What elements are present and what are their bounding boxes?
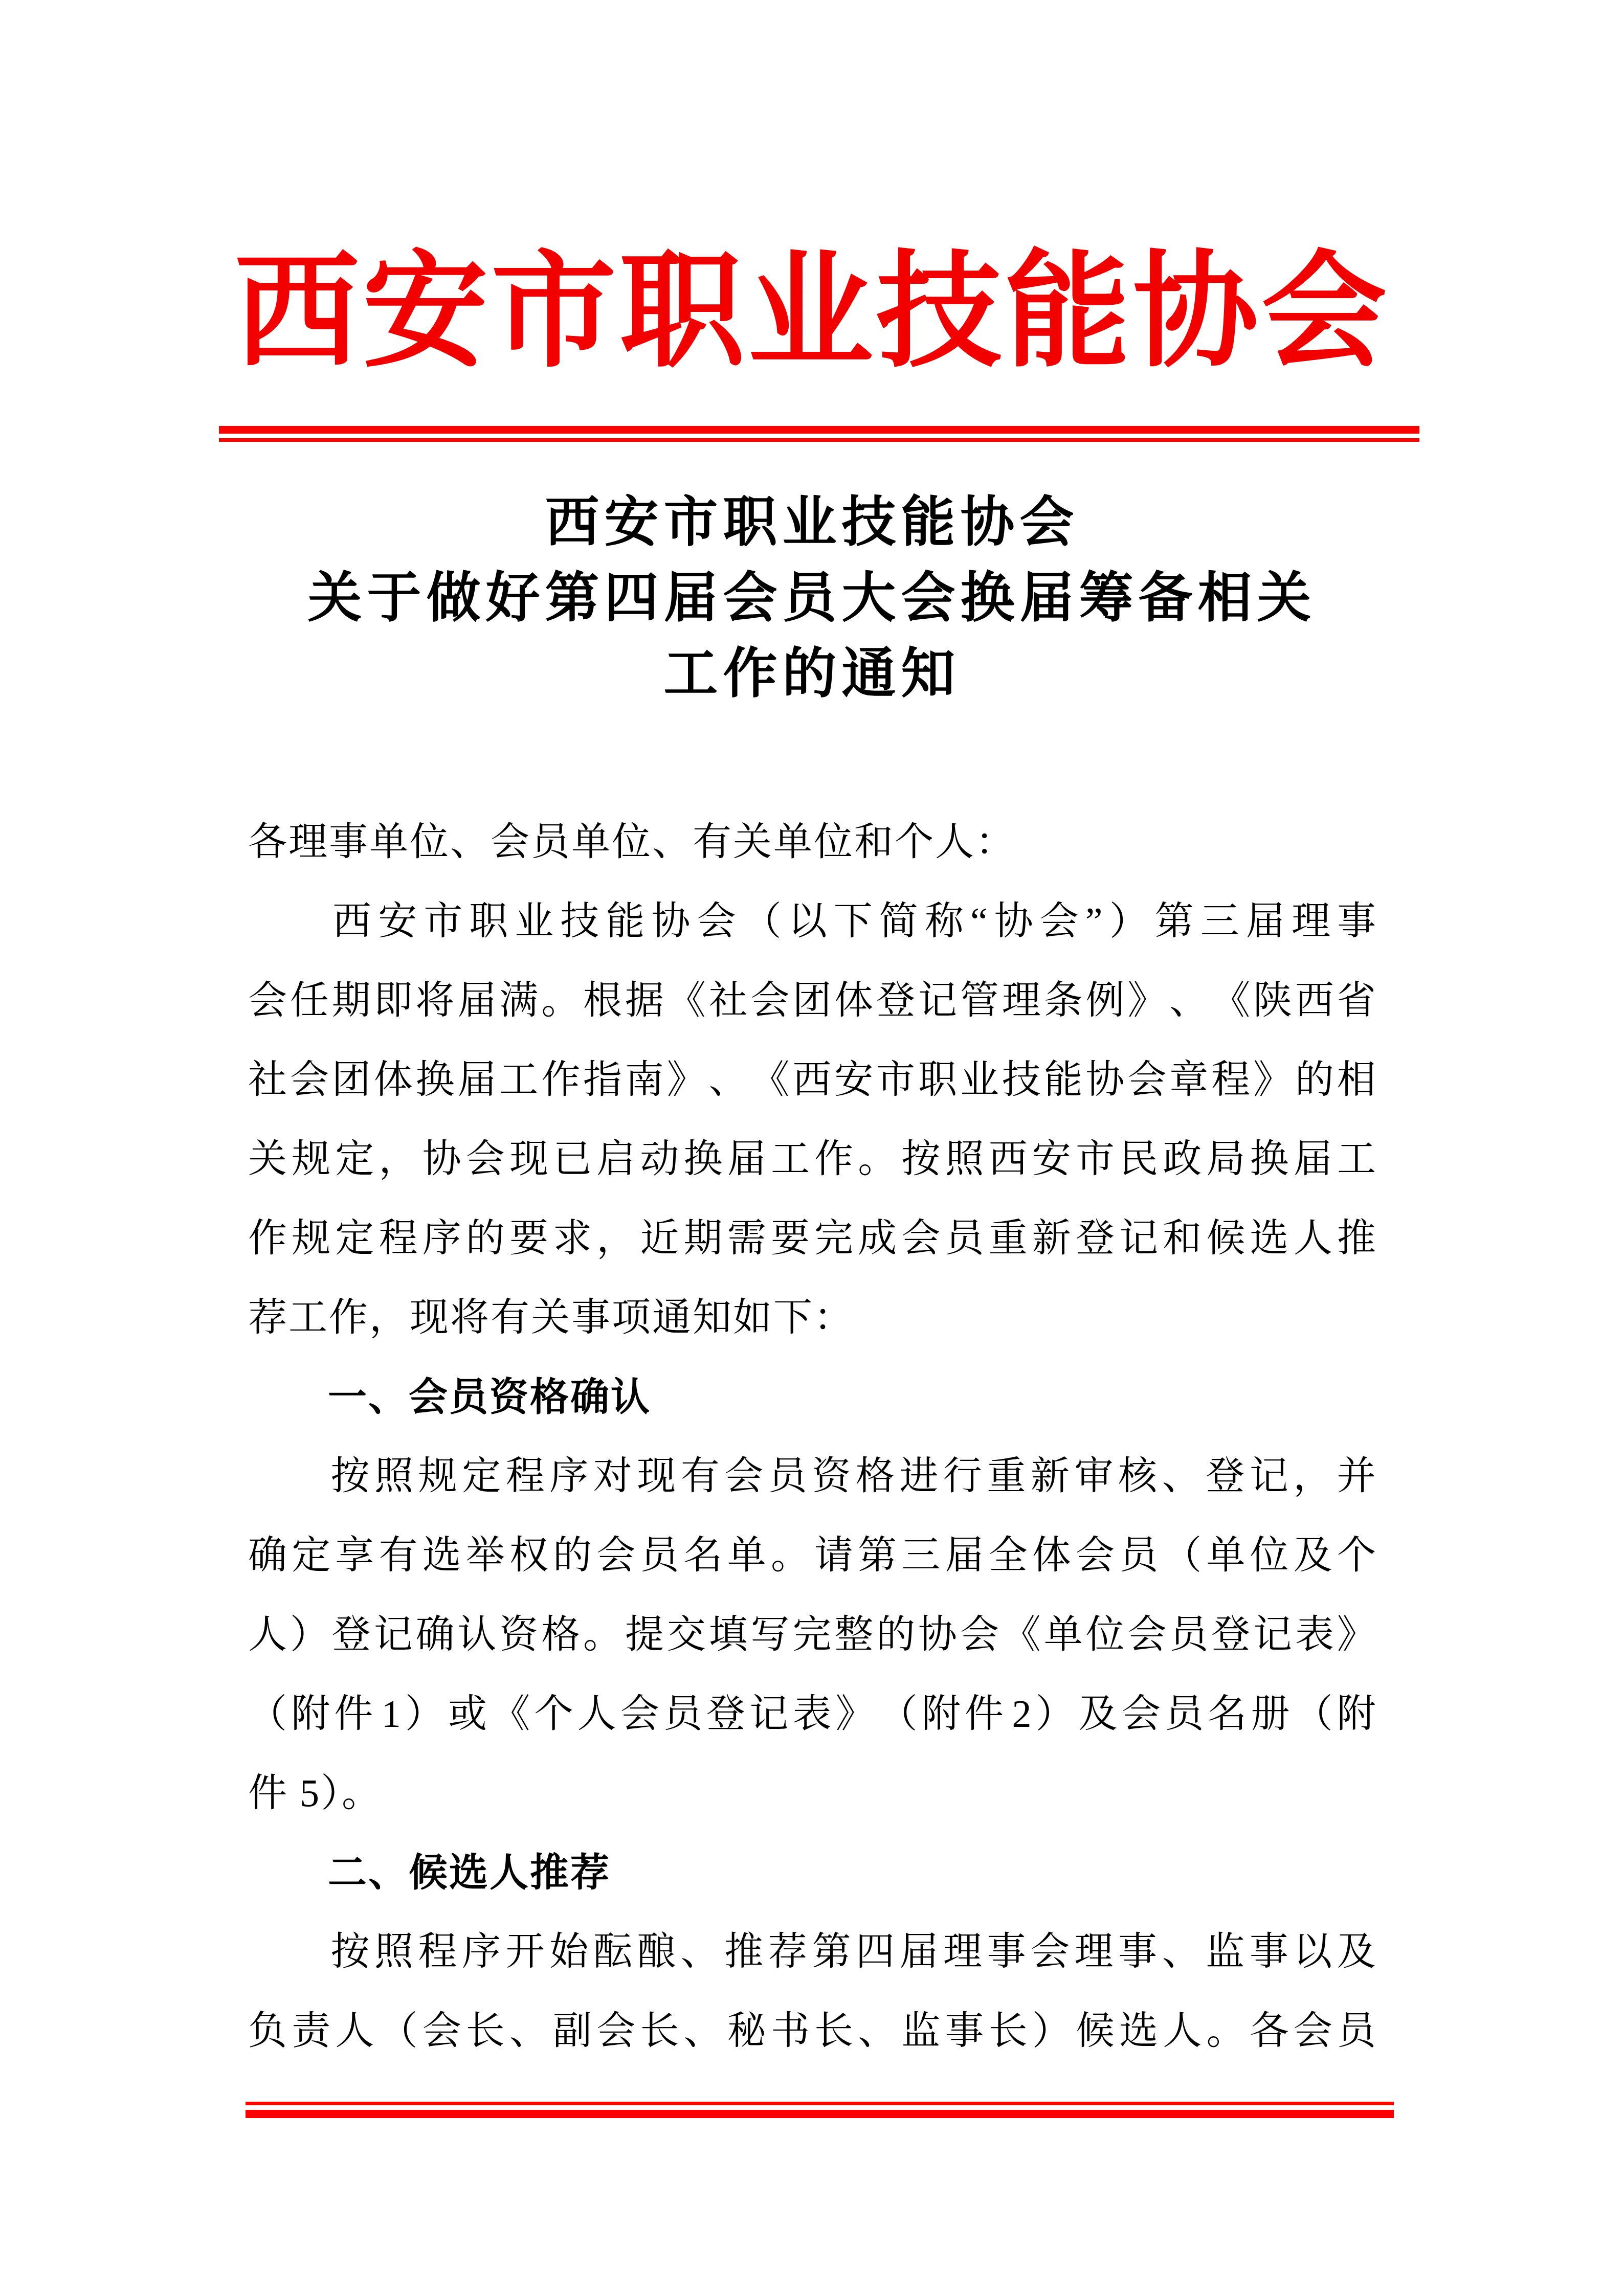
body-line: 人）登记确认资格。提交填写完整的协会《单位会员登记表》 — [248, 1595, 1376, 1675]
header-rule-thin — [219, 438, 1419, 442]
body-line: 关规定，协会现已启动换届工作。按照西安市民政局换届工 — [248, 1120, 1376, 1199]
section-heading: 二、候选人推荐 — [248, 1833, 1376, 1912]
body-line: 荐工作，现将有关事项通知如下： — [248, 1278, 1376, 1358]
footer-rule-thick — [246, 2110, 1394, 2118]
body-line: 作规定程序的要求，近期需要完成会员重新登记和候选人推 — [248, 1199, 1376, 1278]
body-line: 各理事单位、会员单位、有关单位和个人： — [248, 803, 1376, 882]
doc-title-line-3: 工作的通知 — [0, 636, 1624, 712]
doc-title-line-1: 西安市职业技能协会 — [0, 485, 1624, 560]
body-line: 负责人（会长、副会长、秘书长、监事长）候选人。各会员 — [248, 1992, 1376, 2071]
body-line: 确定享有选举权的会员名单。请第三届全体会员（单位及个 — [248, 1516, 1376, 1595]
body-line: 西安市职业技能协会（以下简称“协会”）第三届理事 — [248, 882, 1376, 961]
body-lines: 各理事单位、会员单位、有关单位和个人：西安市职业技能协会（以下简称“协会”）第三… — [248, 803, 1376, 2071]
body-line: （附件 1）或《个人会员登记表》（附件 2）及会员名册（附 — [248, 1675, 1376, 1754]
body-line: 按照程序开始酝酿、推荐第四届理事会理事、监事以及 — [248, 1912, 1376, 1992]
body-line: 社会团体换届工作指南》、《西安市职业技能协会章程》的相 — [248, 1041, 1376, 1120]
body-line: 按照规定程序对现有会员资格进行重新审核、登记，并 — [248, 1437, 1376, 1516]
document-title: 西安市职业技能协会 关于做好第四届会员大会换届筹备相关 工作的通知 — [0, 485, 1624, 712]
page: 西安市职业技能协会 西安市职业技能协会 关于做好第四届会员大会换届筹备相关 工作… — [0, 0, 1624, 2296]
letterhead: 西安市职业技能协会 — [0, 236, 1624, 390]
document-body: 各理事单位、会员单位、有关单位和个人：西安市职业技能协会（以下简称“协会”）第三… — [248, 803, 1376, 2071]
body-line: 件 5）。 — [248, 1754, 1376, 1833]
section-heading: 一、会员资格确认 — [248, 1358, 1376, 1437]
footer-rule-thin — [246, 2102, 1394, 2105]
body-line: 会任期即将届满。根据《社会团体登记管理条例》、《陕西省 — [248, 961, 1376, 1041]
doc-title-line-2: 关于做好第四届会员大会换届筹备相关 — [0, 560, 1624, 636]
letterhead-org-name: 西安市职业技能协会 — [234, 243, 1390, 382]
header-rule-thick — [219, 426, 1419, 434]
